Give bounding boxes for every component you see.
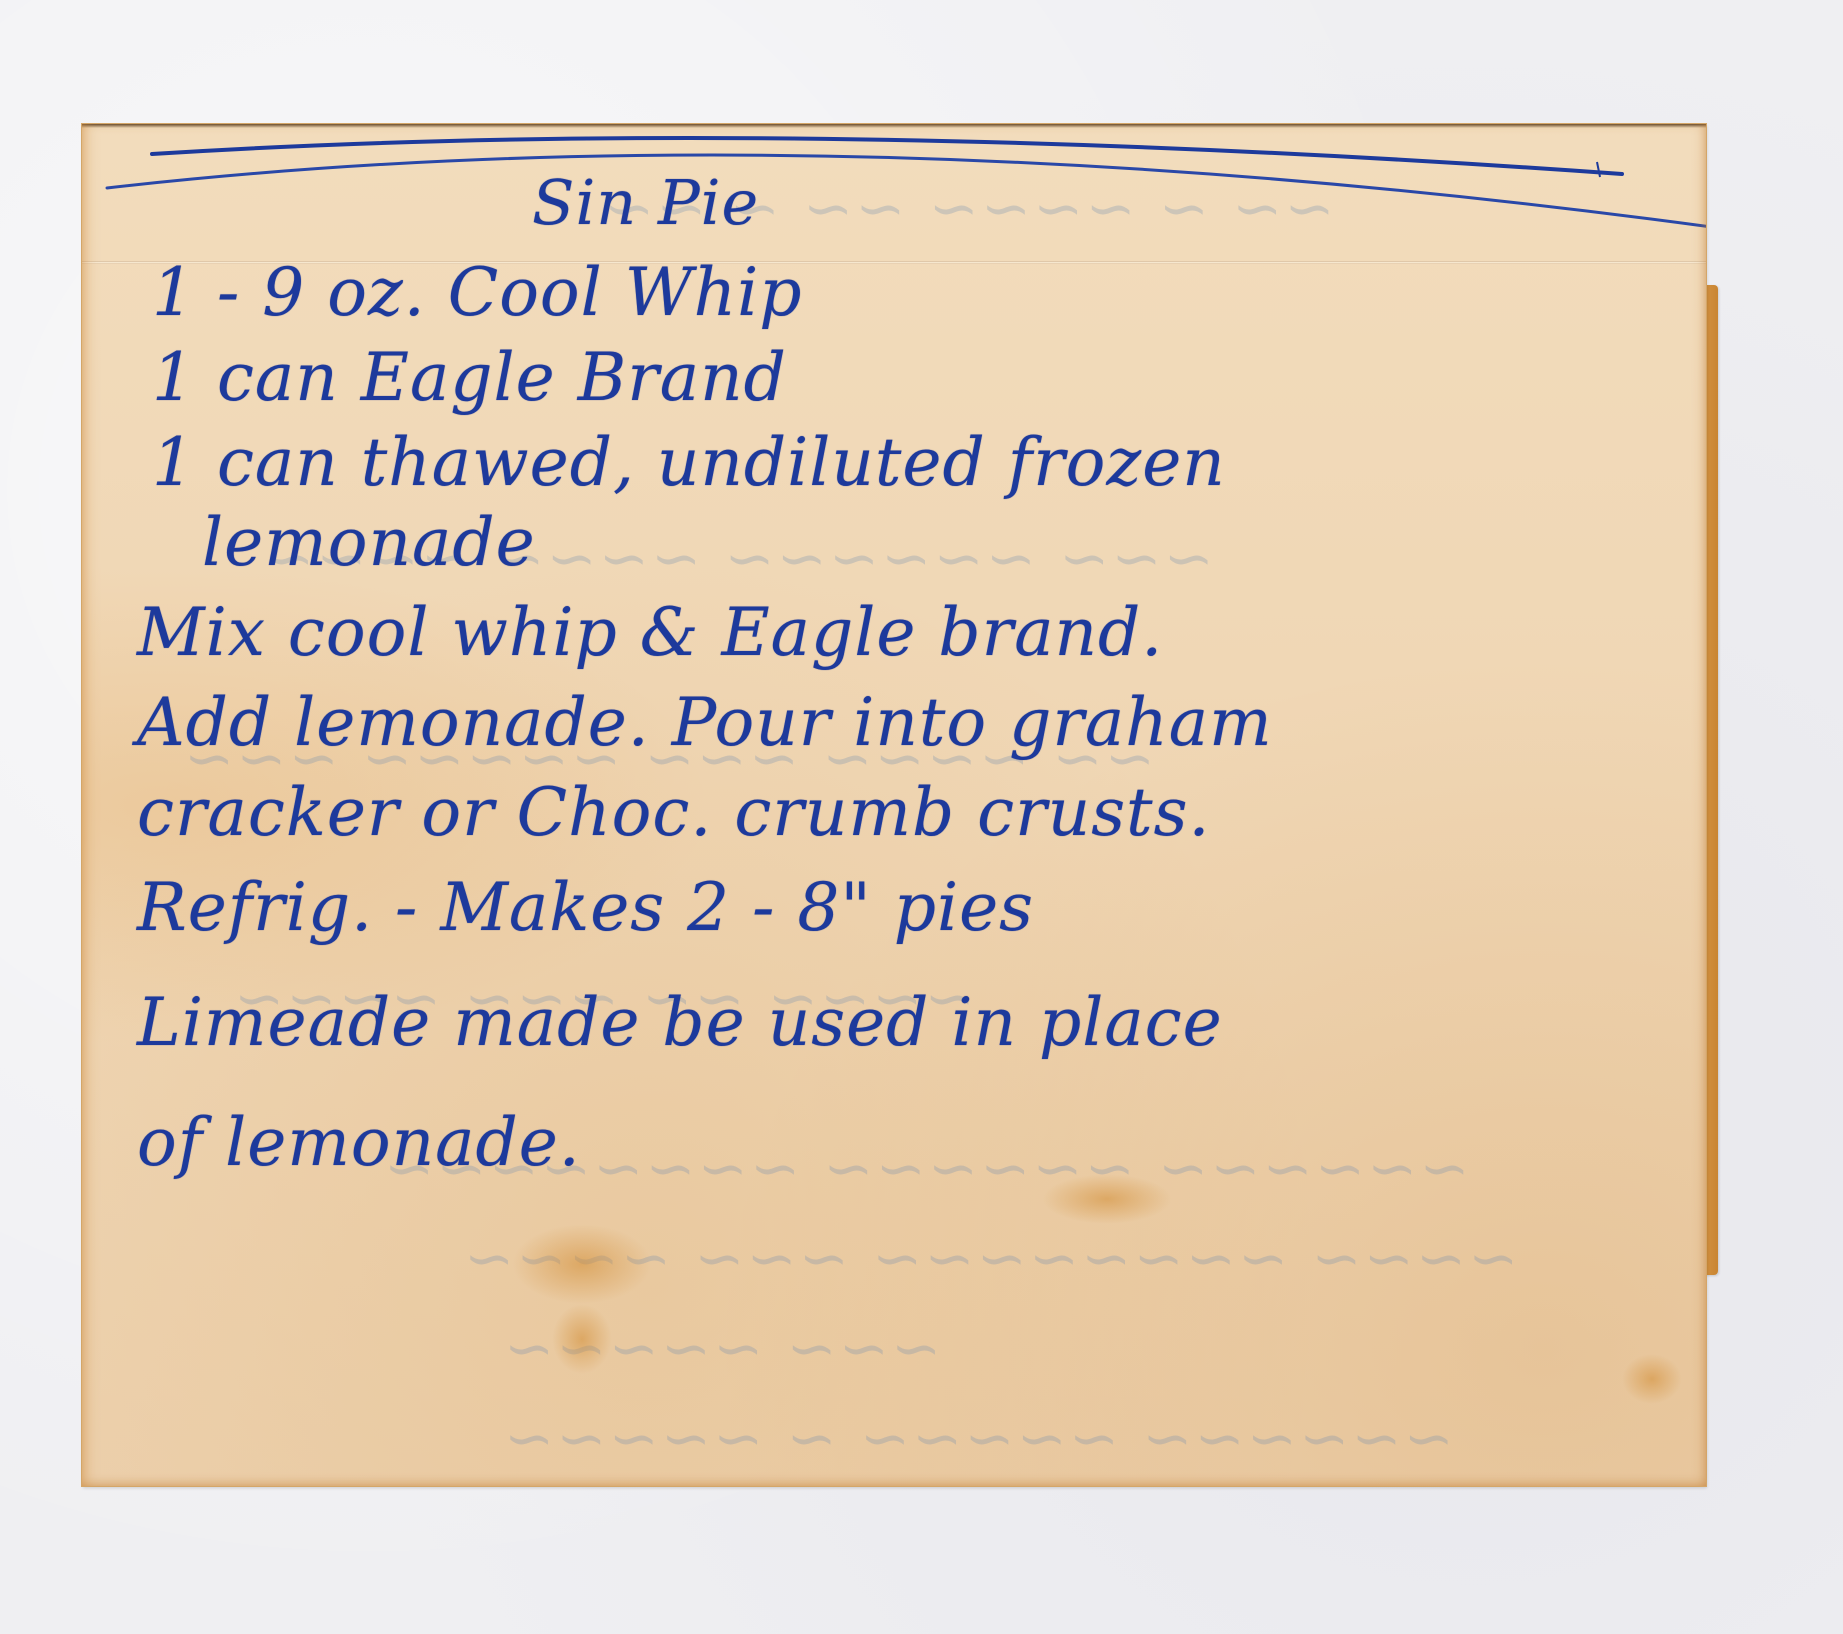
recipe-card: ~~ ~ ~~~~ ~~ ~ ~~ ~~~ ~~~~~~ ~~~~ ~~~~ ~… [82,124,1706,1486]
recipe-title: Sin Pie [532,166,759,239]
stain [1042,1174,1172,1224]
note-line: of lemonade. [137,1104,581,1181]
ingredient-line: 1 - 9 oz. Cool Whip [152,254,802,331]
ingredient-line: lemonade [202,504,536,581]
ingredient-line: 1 can Eagle Brand [152,339,787,416]
stain [512,1224,652,1304]
direction-line: Mix cool whip & Eagle brand. [137,594,1163,671]
note-line: Limeade made be used in place [137,984,1223,1061]
direction-line: Add lemonade. Pour into graham [137,684,1273,761]
show-through-text: ~~~~~~ ~~~~~ ~ ~~~~~ [502,1404,1454,1474]
stain [1622,1354,1682,1404]
direction-line: Refrig. - Makes 2 - 8" pies [137,869,1034,946]
direction-line: cracker or Choc. crumb crusts. [137,774,1210,851]
stain [552,1304,612,1374]
ingredient-line: 1 can thawed, undiluted frozen [152,424,1226,501]
